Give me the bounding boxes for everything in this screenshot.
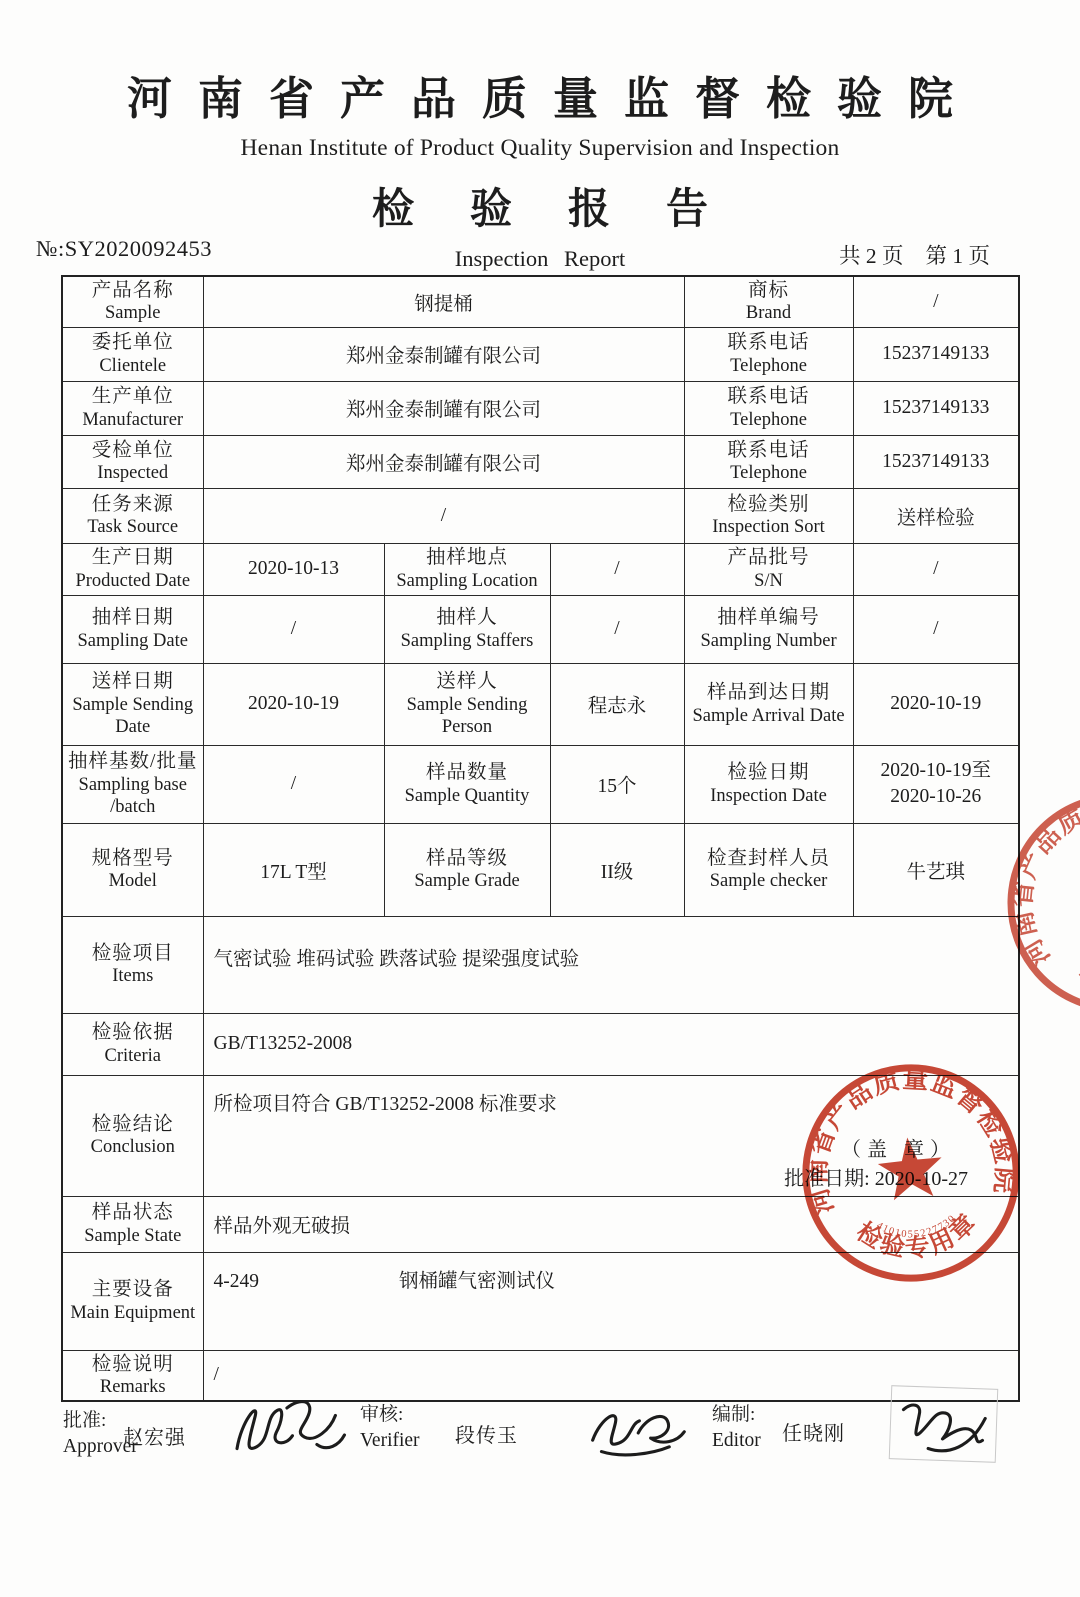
page-current: 第 1 页 — [925, 244, 990, 268]
row-clientele: 委托单位Clientele 郑州金泰制罐有限公司 联系电话Telephone 1… — [62, 327, 1019, 381]
sample-sending-date-value: 2020-10-19 — [203, 663, 384, 745]
label-en: Inspection Sort — [688, 516, 850, 538]
label-cn: 联系电话 — [688, 439, 850, 462]
label-cn: 规格型号 — [66, 847, 200, 870]
label-en: Sampling Staffers — [388, 630, 547, 652]
producted-date-value: 2020-10-13 — [203, 543, 384, 595]
row-sampling-date: 抽样日期Sampling Date / 抽样人Sampling Staffers… — [62, 595, 1019, 663]
seal-note-block: （盖 章） 批准日期: 2020-10-27 — [784, 1136, 968, 1194]
sample-sending-person-value: 程志永 — [550, 663, 684, 745]
pagination: 共 2 页第 1 页 — [839, 239, 990, 270]
org-title-cn: 河南省产品质量监督检验院 — [0, 62, 1080, 127]
task-source-value: / — [203, 488, 684, 543]
sample-checker-value: 牛艺琪 — [853, 823, 1019, 916]
conclusion-cell: 所检项目符合 GB/T13252-2008 标准要求 （盖 章） 批准日期: 2… — [203, 1075, 1019, 1196]
clientele-phone-value: 15237149133 — [853, 327, 1019, 381]
row-producted-date: 生产日期Producted Date 2020-10-13 抽样地点Sampli… — [62, 543, 1019, 595]
sampling-location-value: / — [550, 543, 684, 595]
label-en: Sampling Location — [388, 570, 547, 592]
seal-here-note: （盖 章） — [784, 1136, 968, 1165]
report-table-wrapper: 产品名称Sample 钢提桶 商标Brand / 委托单位Clientele 郑… — [61, 275, 1018, 1402]
approver-name: 赵宏强 — [123, 1425, 186, 1451]
model-label: 规格型号Model — [62, 823, 203, 916]
label-cn: 编制: — [712, 1403, 761, 1428]
signature-footer: 批准: Approver 赵宏强 审核: Verifier 段传玉 编制: Ed… — [0, 1385, 1080, 1495]
label-en: Sampling Date — [66, 630, 200, 652]
label-en: Sample Arrival Date — [688, 705, 850, 727]
row-conclusion: 检验结论Conclusion 所检项目符合 GB/T13252-2008 标准要… — [62, 1075, 1019, 1196]
row-sample-state: 样品状态Sample State 样品外观无破损 — [62, 1196, 1019, 1252]
producted-date-label: 生产日期Producted Date — [62, 543, 203, 595]
label-cn: 检验说明 — [66, 1353, 200, 1376]
label-cn: 委托单位 — [66, 331, 200, 354]
label-en: Sample State — [66, 1225, 200, 1247]
inspected-label: 受检单位Inspected — [62, 435, 203, 488]
label-en: Verifier — [360, 1428, 420, 1453]
label-en: Inspected — [66, 462, 200, 484]
page-total: 共 2 页 — [839, 244, 904, 268]
label-en: Inspection Date — [688, 785, 850, 807]
label-en: Sampling base /batch — [66, 774, 200, 818]
label-cn: 抽样人 — [388, 606, 547, 629]
row-main-equipment: 主要设备Main Equipment 4-249钢桶罐气密测试仪 — [62, 1252, 1019, 1350]
sample-arrival-date-value: 2020-10-19 — [853, 663, 1019, 745]
label-en: Brand — [688, 302, 850, 324]
report-header: 河南省产品质量监督检验院 Henan Institute of Product … — [0, 0, 1080, 272]
approver-signature — [220, 1385, 354, 1472]
sample-quantity-value: 15个 — [550, 745, 684, 823]
label-cn: 抽样单编号 — [688, 606, 850, 629]
label-en: Sample checker — [688, 870, 850, 892]
criteria-value: GB/T13252-2008 — [203, 1013, 1019, 1075]
label-cn: 检验依据 — [66, 1021, 200, 1044]
sampling-date-label: 抽样日期Sampling Date — [62, 595, 203, 663]
label-en: Model — [66, 870, 200, 892]
label-en: Conclusion — [66, 1136, 200, 1158]
label-en: Telephone — [688, 355, 850, 377]
label-en: Sample Quantity — [388, 785, 547, 807]
editor-name: 任晓刚 — [782, 1421, 845, 1447]
items-label: 检验项目Items — [62, 916, 203, 1013]
inspected-value: 郑州金泰制罐有限公司 — [203, 435, 684, 488]
model-value: 17L T型 — [203, 823, 384, 916]
label-cn: 样品等级 — [388, 847, 547, 870]
verifier-name: 段传玉 — [455, 1423, 518, 1449]
editor-label: 编制: Editor — [712, 1403, 761, 1453]
label-en: Sample Sending Person — [388, 694, 547, 738]
sample-state-value: 样品外观无破损 — [203, 1196, 1019, 1252]
label-cn: 生产单位 — [66, 385, 200, 408]
sn-label: 产品批号S/N — [684, 543, 853, 595]
equipment-code: 4-249 — [214, 1271, 260, 1292]
sample-sending-date-label: 送样日期Sample Sending Date — [62, 663, 203, 745]
row-criteria: 检验依据Criteria GB/T13252-2008 — [62, 1013, 1019, 1075]
sample-grade-label: 样品等级Sample Grade — [384, 823, 550, 916]
row-product: 产品名称Sample 钢提桶 商标Brand / — [62, 276, 1019, 327]
label-en: Sample Grade — [388, 870, 547, 892]
label-en: Producted Date — [66, 570, 200, 592]
sampling-number-label: 抽样单编号Sampling Number — [684, 595, 853, 663]
row-manufacturer: 生产单位Manufacturer 郑州金泰制罐有限公司 联系电话Telephon… — [62, 381, 1019, 435]
inspection-report-page: 河南省产品质量监督检验院 Henan Institute of Product … — [0, 0, 1080, 1597]
sample-state-label: 样品状态Sample State — [62, 1196, 203, 1252]
verifier-signature — [573, 1393, 702, 1467]
criteria-label: 检验依据Criteria — [62, 1013, 203, 1075]
sample-quantity-label: 样品数量Sample Quantity — [384, 745, 550, 823]
main-equipment-label: 主要设备Main Equipment — [62, 1252, 203, 1350]
label-en: Main Equipment — [66, 1302, 200, 1324]
sampling-staffers-value: / — [550, 595, 684, 663]
conclusion-value: 所检项目符合 GB/T13252-2008 标准要求 — [214, 1094, 557, 1115]
label-cn: 产品名称 — [66, 279, 200, 302]
report-number: №:SY2020092453 — [36, 236, 212, 262]
row-task-source: 任务来源Task Source / 检验类别Inspection Sort 送样… — [62, 488, 1019, 543]
label-en: S/N — [688, 570, 850, 592]
sample-grade-value: II级 — [550, 823, 684, 916]
sampling-staffers-label: 抽样人Sampling Staffers — [384, 595, 550, 663]
label-en: Task Source — [66, 516, 200, 538]
items-value: 气密试验 堆码试验 跌落试验 提梁强度试验 — [203, 916, 1019, 1013]
inspection-date-value: 2020-10-19至 2020-10-26 — [853, 745, 1019, 823]
label-cn: 生产日期 — [66, 546, 200, 569]
label-cn: 联系电话 — [688, 385, 850, 408]
product-label: 产品名称Sample — [62, 276, 203, 327]
label-en: Items — [66, 965, 200, 987]
label-cn: 产品批号 — [688, 546, 850, 569]
sample-sending-person-label: 送样人Sample Sending Person — [384, 663, 550, 745]
row-model: 规格型号Model 17L T型 样品等级Sample Grade II级 检查… — [62, 823, 1019, 916]
label-en: Clientele — [66, 355, 200, 377]
row-items: 检验项目Items 气密试验 堆码试验 跌落试验 提梁强度试验 — [62, 916, 1019, 1013]
manufacturer-phone-value: 15237149133 — [853, 381, 1019, 435]
product-value: 钢提桶 — [203, 276, 684, 327]
label-cn: 商标 — [688, 279, 850, 302]
label-en: Editor — [712, 1428, 761, 1453]
org-title-en: Henan Institute of Product Quality Super… — [0, 135, 1080, 162]
label-cn: 联系电话 — [688, 331, 850, 354]
sample-checker-label: 检查封样人员Sample checker — [684, 823, 853, 916]
sample-arrival-date-label: 样品到达日期Sample Arrival Date — [684, 663, 853, 745]
clientele-phone-label: 联系电话Telephone — [684, 327, 853, 381]
sampling-number-value: / — [853, 595, 1019, 663]
row-sampling-base: 抽样基数/批量Sampling base /batch / 样品数量Sample… — [62, 745, 1019, 823]
report-table: 产品名称Sample 钢提桶 商标Brand / 委托单位Clientele 郑… — [61, 275, 1020, 1402]
label-cn: 检验结论 — [66, 1113, 200, 1136]
label-en: Criteria — [66, 1045, 200, 1067]
label-cn: 主要设备 — [66, 1278, 200, 1301]
label-cn: 抽样基数/批量 — [66, 750, 200, 773]
row-inspected: 受检单位Inspected 郑州金泰制罐有限公司 联系电话Telephone 1… — [62, 435, 1019, 488]
brand-value: / — [853, 276, 1019, 327]
equipment-name: 钢桶罐气密测试仪 — [399, 1271, 555, 1292]
label-cn: 审核: — [360, 1403, 420, 1428]
label-en: Telephone — [688, 409, 850, 431]
task-source-label: 任务来源Task Source — [62, 488, 203, 543]
label-cn: 样品到达日期 — [688, 681, 850, 704]
label-cn: 抽样日期 — [66, 606, 200, 629]
label-cn: 样品数量 — [388, 761, 547, 784]
verifier-label: 审核: Verifier — [360, 1403, 420, 1453]
clientele-label: 委托单位Clientele — [62, 327, 203, 381]
manufacturer-phone-label: 联系电话Telephone — [684, 381, 853, 435]
sampling-base-label: 抽样基数/批量Sampling base /batch — [62, 745, 203, 823]
label-cn: 抽样地点 — [388, 546, 547, 569]
label-cn: 送样人 — [388, 670, 547, 693]
approve-date: 批准日期: 2020-10-27 — [784, 1165, 968, 1194]
inspected-phone-value: 15237149133 — [853, 435, 1019, 488]
label-cn: 受检单位 — [66, 439, 200, 462]
manufacturer-value: 郑州金泰制罐有限公司 — [203, 381, 684, 435]
inspection-date-label: 检验日期Inspection Date — [684, 745, 853, 823]
clientele-value: 郑州金泰制罐有限公司 — [203, 327, 684, 381]
inspected-phone-label: 联系电话Telephone — [684, 435, 853, 488]
label-en: Telephone — [688, 462, 850, 484]
manufacturer-label: 生产单位Manufacturer — [62, 381, 203, 435]
label-en: Sample — [66, 302, 200, 324]
label-cn: 检验项目 — [66, 942, 200, 965]
conclusion-label: 检验结论Conclusion — [62, 1075, 203, 1196]
label-cn: 送样日期 — [66, 670, 200, 693]
sn-value: / — [853, 543, 1019, 595]
editor-signature — [889, 1385, 999, 1463]
label-en: Sampling Number — [688, 630, 850, 652]
brand-label: 商标Brand — [684, 276, 853, 327]
inspection-sort-value: 送样检验 — [853, 488, 1019, 543]
label-cn: 样品状态 — [66, 1201, 200, 1224]
label-cn: 检验类别 — [688, 493, 850, 516]
label-cn: 检验日期 — [688, 761, 850, 784]
label-en: Sample Sending Date — [66, 694, 200, 738]
stamp-star-icon — [1074, 858, 1080, 938]
sampling-location-label: 抽样地点Sampling Location — [384, 543, 550, 595]
doc-title-cn: 检验报告 — [0, 176, 1080, 236]
sampling-date-value: / — [203, 595, 384, 663]
label-cn: 检查封样人员 — [688, 847, 850, 870]
row-sample-sending: 送样日期Sample Sending Date 2020-10-19 送样人Sa… — [62, 663, 1019, 745]
label-cn: 任务来源 — [66, 493, 200, 516]
stamp-bottom-arc-text: 检验专用章 — [1068, 917, 1080, 1010]
sampling-base-value: / — [203, 745, 384, 823]
inspection-sort-label: 检验类别Inspection Sort — [684, 488, 853, 543]
label-en: Manufacturer — [66, 409, 200, 431]
main-equipment-cell: 4-249钢桶罐气密测试仪 — [203, 1252, 1019, 1350]
